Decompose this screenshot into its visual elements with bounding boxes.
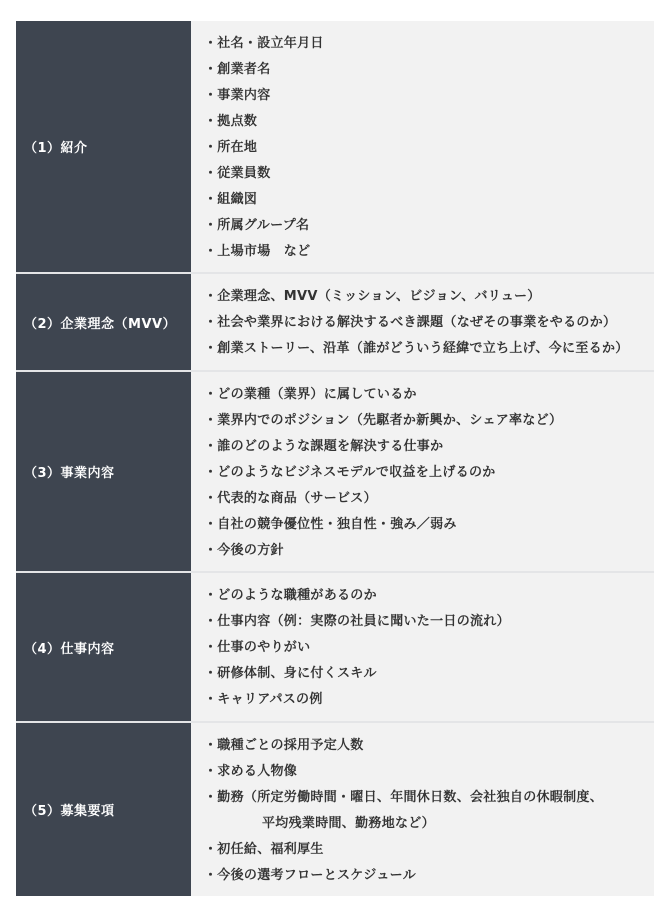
list-item: ・仕事のやりがい bbox=[204, 635, 654, 661]
list-item-continuation: 平均残業時間、勤務地など） bbox=[204, 811, 654, 837]
list-item: ・どのような職種があるのか bbox=[204, 583, 654, 609]
table-row-job: （4）仕事内容 ・どのような職種があるのか ・仕事内容（例：実際の社員に聞いた一… bbox=[16, 571, 654, 721]
row-label: （4）仕事内容 bbox=[16, 573, 191, 721]
list-item: ・上場市場 など bbox=[204, 239, 654, 265]
list-item: ・どの業種（業界）に属しているか bbox=[204, 382, 654, 408]
list-item: ・創業ストーリー、沿革（誰がどういう経緯で立ち上げ、今に至るか） bbox=[204, 336, 654, 362]
list-item: ・社名・設立年月日 bbox=[204, 31, 654, 57]
row-content: ・どの業種（業界）に属しているか ・業界内でのポジション（先駆者か新興か、シェア… bbox=[191, 372, 654, 571]
list-item: ・組織図 bbox=[204, 187, 654, 213]
list-item: ・初任給、福利厚生 bbox=[204, 837, 654, 863]
row-label: （2）企業理念（MVV） bbox=[16, 274, 191, 370]
row-content: ・どのような職種があるのか ・仕事内容（例：実際の社員に聞いた一日の流れ） ・仕… bbox=[191, 573, 654, 721]
row-label: （5）募集要項 bbox=[16, 723, 191, 896]
list-item: ・従業員数 bbox=[204, 161, 654, 187]
list-item: ・誰のどのような課題を解決する仕事か bbox=[204, 434, 654, 460]
list-item: ・求める人物像 bbox=[204, 759, 654, 785]
table-row-philosophy: （2）企業理念（MVV） ・企業理念、MVV（ミッション、ビジョン、バリュー） … bbox=[16, 272, 654, 370]
row-label: （3）事業内容 bbox=[16, 372, 191, 571]
list-item: ・創業者名 bbox=[204, 57, 654, 83]
list-item: ・業界内でのポジション（先駆者か新興か、シェア率など） bbox=[204, 408, 654, 434]
row-content: ・企業理念、MVV（ミッション、ビジョン、バリュー） ・社会や業界における解決す… bbox=[191, 274, 654, 370]
list-item-text: ・勤務（所定労働時間・曜日、年間休日数、会社独自の休暇制度、 bbox=[204, 790, 603, 805]
list-item: ・仕事内容（例：実際の社員に聞いた一日の流れ） bbox=[204, 609, 654, 635]
list-item: ・代表的な商品（サービス） bbox=[204, 486, 654, 512]
list-item: ・今後の選考フローとスケジュール bbox=[204, 863, 654, 889]
list-item: ・キャリアパスの例 bbox=[204, 687, 654, 713]
company-info-table: （1）紹介 ・社名・設立年月日 ・創業者名 ・事業内容 ・拠点数 ・所在地 ・従… bbox=[16, 21, 654, 896]
table-row-business: （3）事業内容 ・どの業種（業界）に属しているか ・業界内でのポジション（先駆者… bbox=[16, 370, 654, 571]
list-item: ・どのようなビジネスモデルで収益を上げるのか bbox=[204, 460, 654, 486]
list-item: ・職種ごとの採用予定人数 bbox=[204, 733, 654, 759]
list-item: ・自社の競争優位性・独自性・強み／弱み bbox=[204, 512, 654, 538]
list-item: ・所属グループ名 bbox=[204, 213, 654, 239]
list-item: ・勤務（所定労働時間・曜日、年間休日数、会社独自の休暇制度、 平均残業時間、勤務… bbox=[204, 785, 654, 837]
list-item: ・企業理念、MVV（ミッション、ビジョン、バリュー） bbox=[204, 284, 654, 310]
list-item: ・社会や業界における解決するべき課題（なぜその事業をやるのか） bbox=[204, 310, 654, 336]
table-row-introduction: （1）紹介 ・社名・設立年月日 ・創業者名 ・事業内容 ・拠点数 ・所在地 ・従… bbox=[16, 21, 654, 272]
list-item: ・今後の方針 bbox=[204, 538, 654, 564]
row-label: （1）紹介 bbox=[16, 21, 191, 272]
list-item: ・研修体制、身に付くスキル bbox=[204, 661, 654, 687]
list-item: ・拠点数 bbox=[204, 109, 654, 135]
row-content: ・社名・設立年月日 ・創業者名 ・事業内容 ・拠点数 ・所在地 ・従業員数 ・組… bbox=[191, 21, 654, 272]
row-content: ・職種ごとの採用予定人数 ・求める人物像 ・勤務（所定労働時間・曜日、年間休日数… bbox=[191, 723, 654, 896]
table-row-recruitment: （5）募集要項 ・職種ごとの採用予定人数 ・求める人物像 ・勤務（所定労働時間・… bbox=[16, 721, 654, 896]
list-item: ・所在地 bbox=[204, 135, 654, 161]
list-item: ・事業内容 bbox=[204, 83, 654, 109]
